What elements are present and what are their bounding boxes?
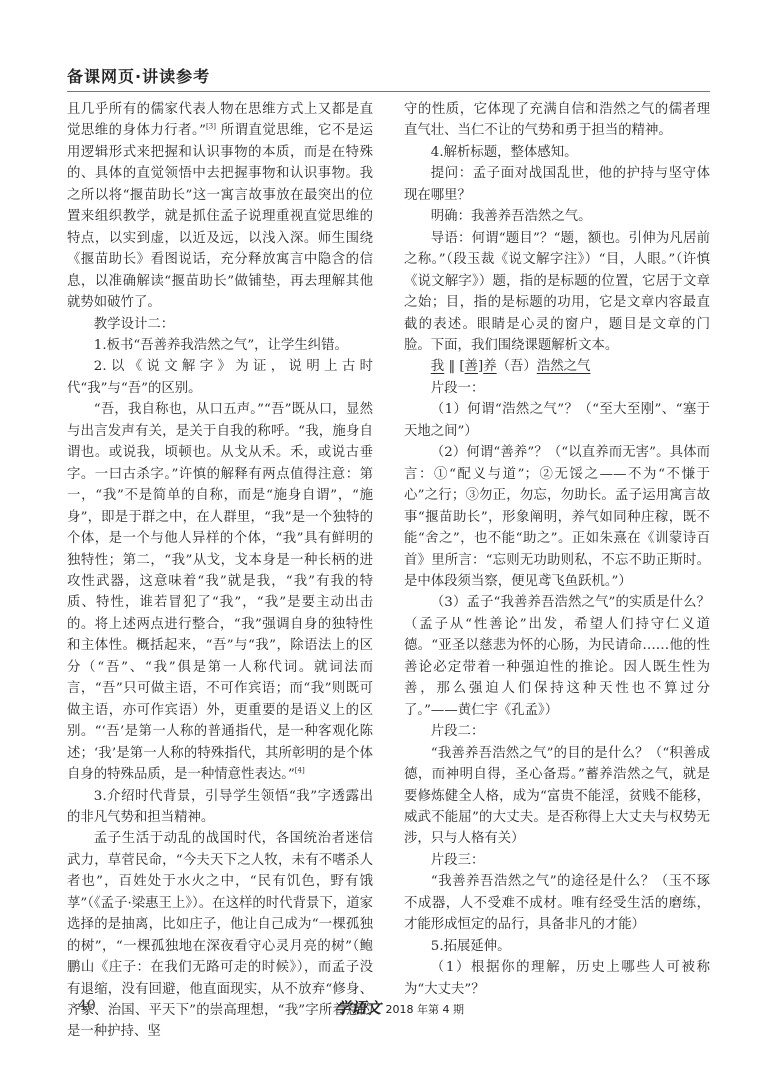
paragraph: 2.以《说文解字》为证，说明上古时代“我”与“吾”的区别。 [67,356,373,399]
paragraph: 1.板书“吾善养我浩然之气”，让学生纠错。 [67,335,373,356]
paragraph: （1）根据你的理解，历史上哪些人可被称为“大丈夫”？ [404,957,710,1000]
footnote-ref: [4] [295,767,305,775]
paragraph: 明确：我善养吾浩然之气。 [404,206,710,227]
paragraph: （2）何谓“善养”？（“以直养而无害”。具体而言：①“配义与道”；②无馁之——不… [404,442,710,592]
footnote-ref: [3] [206,123,216,131]
paragraph: 导语：何谓“题目”？“题，额也。引伸为凡居前之称。”（段玉裁《说文解字注》）“目… [404,228,710,357]
right-column: 守的性质，它体现了充满自信和浩然之气的儒者理直气壮、当仁不让的气势和勇于担当的精… [404,99,710,1000]
left-column: 且几乎所有的儒家代表人物在思维方式上又都是直觉思维的身体力行者。”[3] 所谓直… [67,99,373,1043]
paragraph: 守的性质，它体现了充满自信和浩然之气的儒者理直气壮、当仁不让的气势和勇于担当的精… [404,99,710,142]
paragraph: 片段三： [404,850,710,871]
page-number: 40 [78,998,96,1014]
paragraph: “吾，我自称也，从口五声。”“吾”既从口，显然与出言发声有关，是关于自我的称呼。… [67,399,373,785]
paragraph: 教学设计二： [67,314,373,335]
section-title: 备课网页·讲读参考 [67,64,210,87]
issue-label: 2018 年第 4 期 [385,1003,463,1016]
paragraph: （1）何谓“浩然之气”？（“至大至刚”、“塞于天地之间”） [404,399,710,442]
paragraph: 且几乎所有的儒家代表人物在思维方式上又都是直觉思维的身体力行者。”[3] 所谓直… [67,99,373,314]
paragraph: 4.解析标题，整体感知。 [404,142,710,163]
title-parse-line: 我 ‖ [善]养（吾）浩然之气 [404,356,710,377]
paragraph: “我善养吾浩然之气”的途径是什么？（玉不琢不成器，人不受难不成材。唯有经受生活的… [404,871,710,935]
paragraph: 孟子生活于动乱的战国时代，各国统治者迷信武力，草菅民命，“今夫天下之人牧，未有不… [67,828,373,1043]
paragraph: 提问：孟子面对战国乱世，他的护持与坚守体现在哪里？ [404,163,710,206]
paragraph: 片段一： [404,378,710,399]
magazine-footer: 学语文 2018 年第 4 期 [336,997,464,1018]
magazine-name: 学语文 [336,999,381,1017]
paragraph: （3）孟子“我善养吾浩然之气”的实质是什么？（孟子从“性善论”出发，希望人们持守… [404,592,710,721]
paragraph: 3.介绍时代背景，引导学生领悟“我”字透露出的非凡气势和担当精神。 [67,786,373,829]
paragraph: “我善养吾浩然之气”的目的是什么？（“积善成德，而神明自得，圣心备焉。”蓄养浩然… [404,743,710,850]
paragraph: 5.拓展延伸。 [404,936,710,957]
paragraph: 片段二： [404,721,710,742]
running-header: 备课网页·讲读参考 [67,62,710,92]
